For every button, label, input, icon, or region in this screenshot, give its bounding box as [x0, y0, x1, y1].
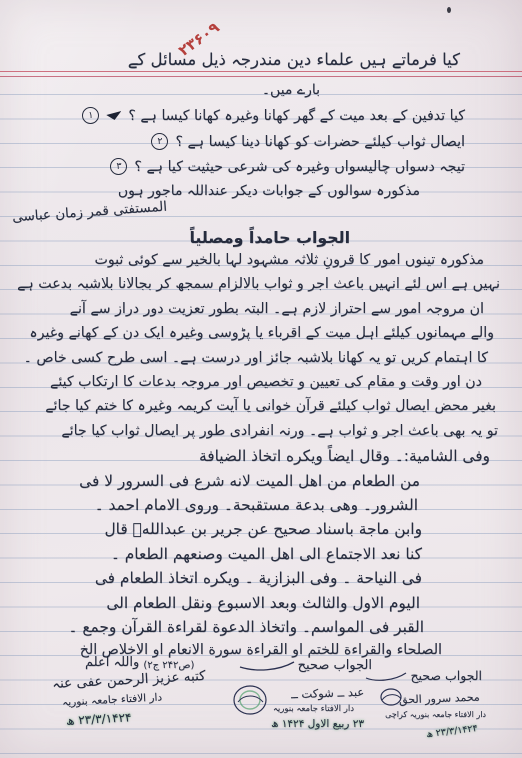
attestation-2-label-text: الجواب صحیح [410, 668, 482, 683]
istifta-heading: کیا فرماتے ہیں علماء دین مندرجہ ذیل مسائ… [128, 50, 460, 69]
answer-line-10: من الطعام من اهل المیت لانه شرع فی السرو… [79, 472, 420, 490]
question-3-text: تیجہ دسواں چالیسواں وغیرہ کی شرعی حیثیت … [134, 159, 465, 175]
attestation-2-institution: دار الافتاء جامعہ بنوریہ کراچی [385, 710, 486, 719]
round-stamp-icon [230, 680, 270, 720]
margin-red-line-bottom [0, 76, 522, 77]
answer-line-16: القبر فی المواسم۔ واتخاذ الدعوة لقراءة ا… [68, 618, 424, 636]
answer-line-9: وفی الشامیة:۔ وقال ایضاً ویکره اتخاذ الض… [199, 447, 490, 465]
question-2-text: ایصال ثواب کیلئے حضرات کو کھانا دینا کیس… [175, 134, 465, 150]
answer-line-3: ان مروجہ امور سے احتراز لازم ہے۔ البتہ ب… [70, 301, 484, 317]
attestation-2-label: الجواب صحیح [364, 668, 482, 683]
question-1: کیا تدفین کے بعد میت کے گھر کھانا وغیرہ … [82, 107, 465, 124]
answer-line-5: کا اہتمام کریں تو یہ کھانا بلاشبہ جائز ا… [24, 350, 488, 366]
answer-line-6: دن اور وقت و مقام کی تعیین و تخصیص اور م… [50, 374, 482, 390]
request-line: مذکورہ سوالوں کے جوابات دیکر عنداللہ ماج… [118, 183, 420, 199]
scribe-institution: دار الافتاء جامعہ بنوریہ [62, 691, 163, 708]
answer-line-8: تو یہ بھی باعث اجر و ثواب ہے۔ ورنہ انفرا… [61, 423, 498, 439]
attestation-1-label-text: الجواب صحیح [298, 658, 372, 673]
questioner-name: المستفتی قمر زمان عباسی [12, 199, 168, 226]
attestation-2-signature: محمد سرور الحق [399, 691, 480, 707]
answer-line-13: کنا نعد الاجتماع الی اهل المیت وصنعهم ال… [111, 545, 422, 563]
handwritten-fatwa-page: ۲۳۶۰۹ کیا فرماتے ہیں علماء دین مندرجہ ذی… [0, 0, 522, 758]
question-1-text: کیا تدفین کے بعد میت کے گھر کھانا وغیرہ … [128, 108, 465, 124]
answer-line-7: بغیر محض ایصال ثواب کیلئے قرآن خوانی یا … [45, 398, 496, 414]
question-2-number: ۲ [151, 133, 168, 150]
attestation-2-date: ۲۳/۳/۱۴۲۴ ھ [426, 723, 479, 740]
pen-flourish-icon [106, 111, 121, 120]
scribe-date: ۲۳/۳/۱۴۲۴ ھ [66, 710, 132, 727]
answer-line-2: نہیں ہے اس لئے انہیں باعث اجر و ثواب بال… [17, 276, 500, 292]
istifta-heading-continued: بارے میں۔ [262, 82, 320, 98]
answer-line-12: وابن ماجة باسناد صحیح عن جریر بن عبدالله… [104, 520, 422, 538]
margin-red-line-top [0, 71, 522, 72]
wallahu-alam: واللہ اعلم [85, 655, 139, 670]
question-2: ایصال ثواب کیلئے حضرات کو کھانا دینا کیس… [151, 133, 465, 150]
question-3-number: ۳ [110, 158, 127, 175]
scribe-name: كتبه عزیز الرحمن عفی عنہ [52, 668, 206, 692]
attestation-1-institution: دار الافتاء جامعہ بنوریہ [273, 703, 354, 714]
attestation-1-signature: عبد ــ شوکت ــ [291, 685, 365, 702]
ink-speck [447, 7, 451, 13]
question-3: تیجہ دسواں چالیسواں وغیرہ کی شرعی حیثیت … [110, 158, 465, 175]
answer-line-15: الیوم الاول والثالث وبعد الاسبوع ونقل ال… [106, 594, 420, 612]
signature-flourish-icon [238, 659, 296, 673]
answer-line-14: فی النیاحة ۔ وفی البزازیة ۔ ویکره اتخاذ … [95, 569, 422, 587]
answer-line-11: الشرور۔ وهی بدعة مستقبحة۔ وروی الامام اح… [95, 496, 418, 514]
answer-heading: الجواب حامداً ومصلیاً [189, 228, 350, 247]
answer-line-1: مذکورہ تینوں امور کا قرونِ ثلاثہ مشہود ل… [94, 252, 484, 268]
answer-line-4: والے مہمانوں کیلئے اہل میت کے اقرباء یا … [29, 325, 494, 341]
attestation-1-label: الجواب صحیح [238, 658, 372, 673]
signature-flourish-icon [364, 671, 408, 683]
question-1-number: ۱ [82, 107, 99, 124]
attestation-1-date: ۲۳ ربیع الاول ۱۴۲۴ ھ [271, 718, 364, 730]
